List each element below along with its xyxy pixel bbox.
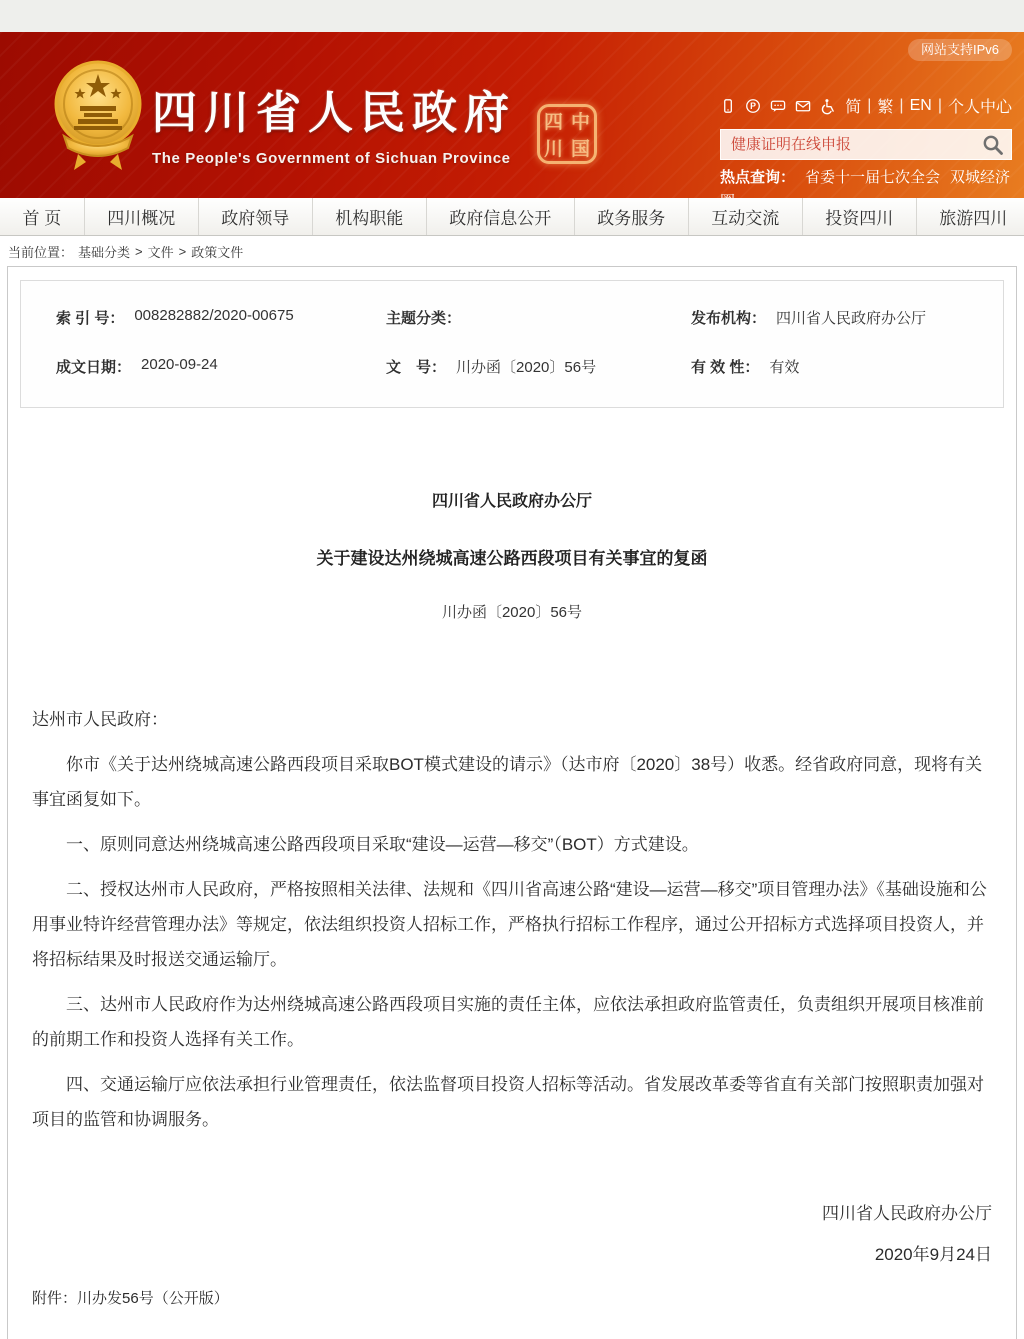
p-circle-icon[interactable]: P — [745, 95, 761, 117]
attachment-row: 附件：川办发56号（公开版） — [32, 1287, 992, 1308]
nav-item-functions[interactable]: 机构职能 — [312, 198, 426, 235]
sichuan-china-seal: 四 中 川 国 — [537, 104, 597, 164]
nav-item-info-disclosure[interactable]: 政府信息公开 — [426, 198, 574, 235]
breadcrumb-separator: > — [135, 244, 143, 259]
seal-char: 四 — [544, 107, 563, 134]
mobile-icon[interactable] — [720, 95, 736, 117]
meta-index-number: 索 引 号： 008282882/2020-00675 — [56, 307, 386, 328]
svg-text:P: P — [750, 101, 756, 111]
hot-query-row: 热点查询：省委十一届七次全会双城经济圈 — [720, 166, 1012, 198]
attachment-link[interactable]: 川办发56号（公开版） — [77, 1290, 229, 1307]
paragraph: 你市《关于达州绕城高速公路西段项目采取BOT模式建设的请示》（达市府〔2020〕… — [32, 747, 992, 817]
hot-query-link[interactable]: 省委十一届七次全会 — [805, 169, 940, 186]
accessibility-icon[interactable] — [820, 95, 836, 117]
document-text: 达州市人民政府： 你市《关于达州绕城高速公路西段项目采取BOT模式建设的请示》（… — [32, 702, 992, 1137]
seal-char: 国 — [571, 134, 590, 161]
seal-char: 中 — [571, 107, 590, 134]
signature-office: 四川省人民政府办公厅 — [32, 1199, 992, 1224]
paragraph: 四、交通运输厅应依法承担行业管理责任，依法监督项目投资人招标等活动。省发展改革委… — [32, 1067, 992, 1137]
nav-item-home[interactable]: 首 页 — [0, 198, 84, 235]
top-strip — [0, 0, 1024, 32]
nav-item-invest[interactable]: 投资四川 — [802, 198, 916, 235]
message-icon[interactable] — [770, 95, 786, 117]
personal-center-link[interactable]: 个人中心 — [948, 94, 1012, 117]
site-search — [720, 129, 1012, 160]
meta-doc-number: 文 号： 川办函〔2020〕56号 — [386, 356, 691, 377]
paragraph: 三、达州市人民政府作为达州绕城高速公路西段项目实施的责任主体，应依法承担政府监管… — [32, 987, 992, 1057]
hot-query-label: 热点查询： — [720, 169, 795, 186]
search-input[interactable] — [731, 136, 981, 153]
meta-topic-category: 主题分类： — [386, 307, 691, 328]
meta-issue-date: 成文日期： 2020-09-24 — [56, 356, 386, 377]
nav-item-services[interactable]: 政务服务 — [574, 198, 688, 235]
document-meta-table: 索 引 号： 008282882/2020-00675 主题分类： 发布机构： … — [20, 280, 1004, 408]
page-title: 关于建设达州绕城高速公路西段项目有关事宜的复函 — [32, 544, 992, 569]
search-icon — [981, 133, 1005, 157]
mail-icon[interactable] — [795, 95, 811, 117]
separator: | — [899, 97, 903, 115]
language-switcher: 简 | 繁 | EN | 个人中心 — [845, 94, 1012, 117]
breadcrumb-item[interactable]: 文件 — [148, 242, 174, 261]
site-title-block: 四川省人民政府 The People's Government of Sichu… — [152, 76, 516, 167]
ipv6-support-badge: 网站支持IPv6 — [908, 39, 1012, 61]
lang-traditional[interactable]: 繁 — [877, 94, 893, 117]
nav-item-leaders[interactable]: 政府领导 — [198, 198, 312, 235]
nav-item-overview[interactable]: 四川概况 — [84, 198, 198, 235]
header-utilities: P 简 | 繁 | EN | 个人中心 — [720, 94, 1012, 117]
document-container: 索 引 号： 008282882/2020-00675 主题分类： 发布机构： … — [7, 266, 1017, 1339]
signature-date: 2020年9月24日 — [32, 1240, 992, 1265]
meta-validity: 有 效 性： 有效 — [691, 356, 1003, 377]
seal-char: 川 — [544, 134, 563, 161]
breadcrumb: 当前位置： 基础分类 > 文件 > 政策文件 — [0, 236, 1024, 266]
site-subtitle: The People's Government of Sichuan Provi… — [152, 150, 516, 167]
separator: | — [938, 97, 942, 115]
breadcrumb-item[interactable]: 政策文件 — [191, 242, 243, 261]
attachment-label: 附件： — [32, 1290, 77, 1307]
document-office-title: 四川省人民政府办公厅 — [32, 488, 992, 511]
search-button[interactable] — [981, 133, 1005, 157]
lang-english[interactable]: EN — [910, 97, 932, 115]
site-title: 四川省人民政府 — [152, 76, 516, 141]
meta-issuing-agency: 发布机构： 四川省人民政府办公厅 — [691, 307, 1003, 328]
nav-item-interaction[interactable]: 互动交流 — [688, 198, 802, 235]
signature-block: 四川省人民政府办公厅 2020年9月24日 — [32, 1199, 992, 1265]
paragraph: 一、原则同意达州绕城高速公路西段项目采取“建设—运营—移交”（BOT）方式建设。 — [32, 827, 992, 862]
nav-item-tourism[interactable]: 旅游四川 — [916, 198, 1024, 235]
breadcrumb-label: 当前位置： — [8, 242, 73, 261]
main-nav: 首 页 四川概况 政府领导 机构职能 政府信息公开 政务服务 互动交流 投资四川… — [0, 198, 1024, 236]
lang-simplified[interactable]: 简 — [845, 94, 861, 117]
breadcrumb-separator: > — [179, 244, 187, 259]
document-number: 川办函〔2020〕56号 — [32, 601, 992, 622]
separator: | — [867, 97, 871, 115]
document-body: 四川省人民政府办公厅 关于建设达州绕城高速公路西段项目有关事宜的复函 川办函〔2… — [8, 488, 1016, 1308]
salutation: 达州市人民政府： — [32, 702, 992, 737]
document-head: 四川省人民政府办公厅 关于建设达州绕城高速公路西段项目有关事宜的复函 川办函〔2… — [32, 488, 992, 622]
paragraph: 二、授权达州市人民政府，严格按照相关法律、法规和《四川省高速公路“建设—运营—移… — [32, 872, 992, 977]
breadcrumb-item[interactable]: 基础分类 — [78, 242, 130, 261]
site-header-banner: 网站支持IPv6 四川省人民政府 The People's Government… — [0, 32, 1024, 198]
national-emblem-logo — [54, 58, 142, 174]
